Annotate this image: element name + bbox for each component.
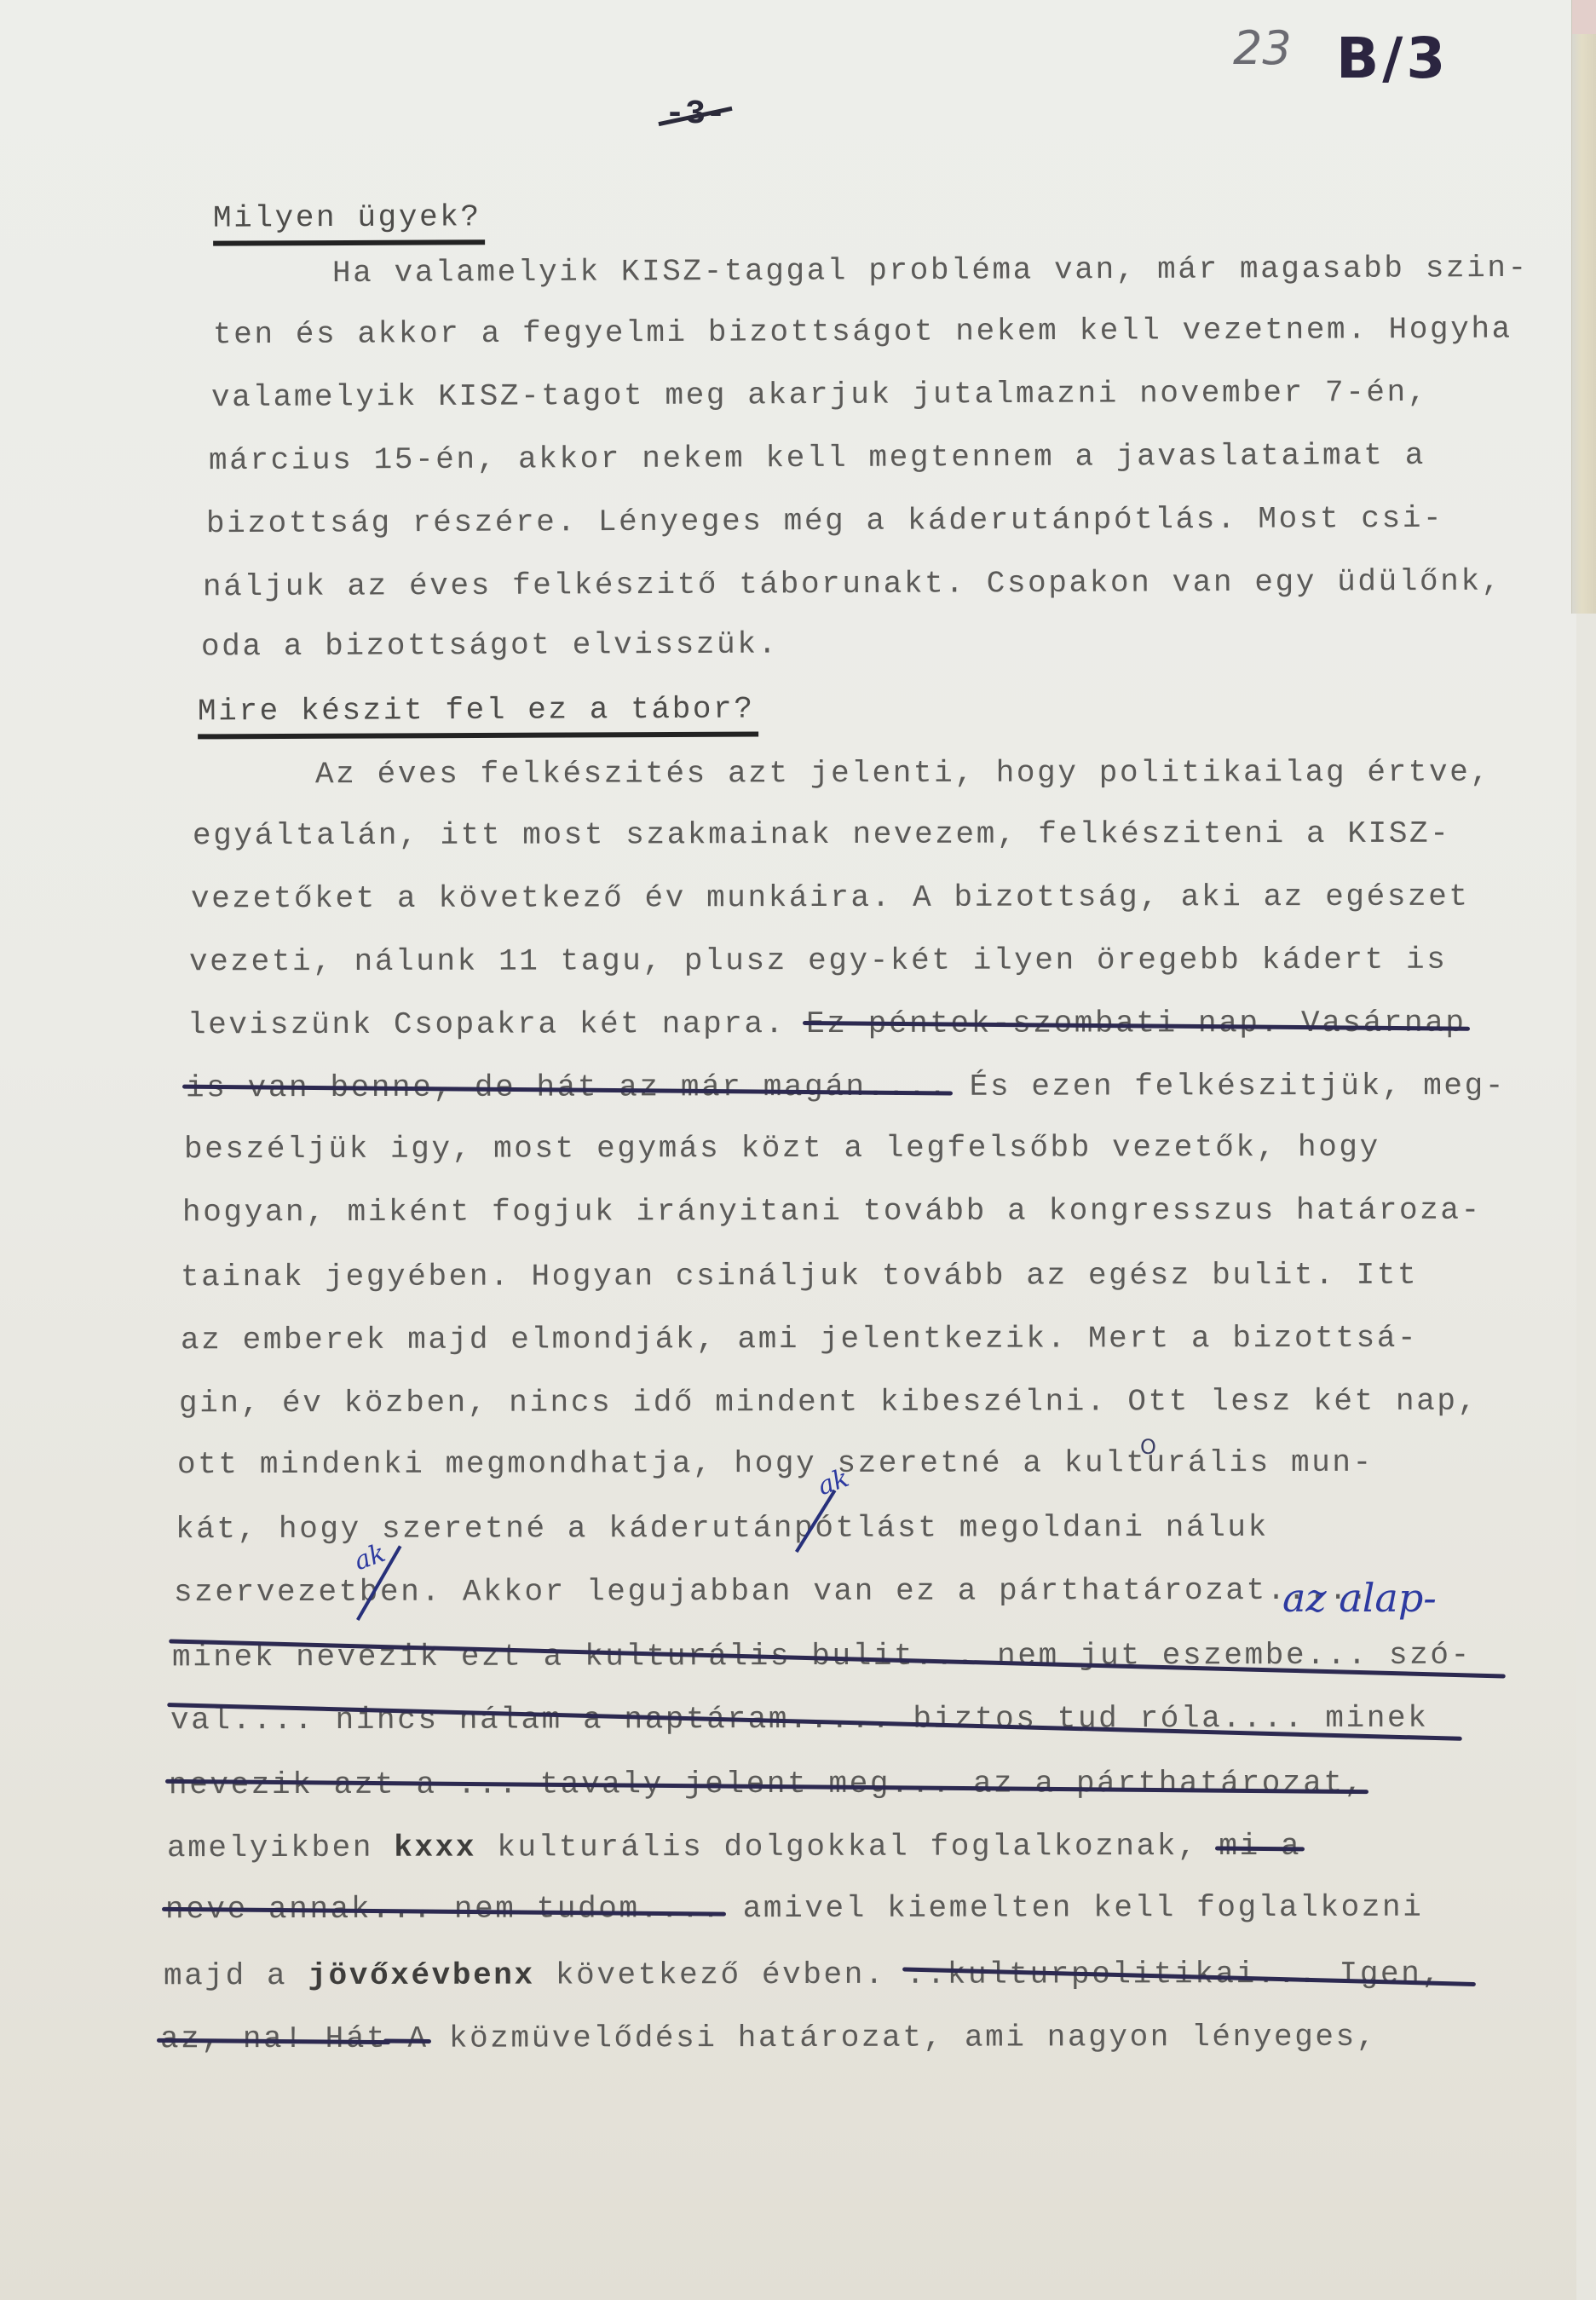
text-line: majd a jövőxévbenx következő évben. ..ku… (164, 1959, 1443, 1992)
heading-text: Mire készit fel ez a tábor? (198, 692, 755, 729)
text-line: egyáltalán, itt most szakmainak nevezem,… (193, 819, 1450, 852)
text-line: vezetőket a következő év munkáira. A biz… (191, 882, 1470, 915)
struck-through-text: A (387, 2021, 428, 2056)
typed-text: majd a (164, 1958, 308, 1993)
heading-text: Milyen ügyek? (213, 199, 481, 235)
text-line: vezeti, nálunk 11 tagu, plusz egy-két il… (189, 945, 1447, 978)
text-line: március 15-én, akkor nekem kell megtenne… (209, 441, 1426, 476)
stacked-pages-edge (1571, 0, 1596, 614)
text-line: is van benne, de hát az már magán.... És… (186, 1071, 1506, 1104)
correction-capital-o: O (1140, 1435, 1156, 1459)
typed-text: beszéljük igy, most egymás közt a legfel… (184, 1130, 1380, 1167)
typed-text: amelyikben (167, 1830, 394, 1865)
typed-text: szervezetben. Akkor legujabban van ez a … (174, 1573, 1370, 1610)
text-line: beszéljük igy, most egymás közt a legfel… (184, 1133, 1380, 1165)
section-heading: Milyen ügyek? (213, 202, 481, 233)
struck-through-text: neve annak... nem tudom.... (165, 1891, 723, 1927)
typed-text: náljuk az éves felkészitő táborunakt. Cs… (203, 564, 1502, 605)
text-line: minek nevezik ezt a kulturális bulit... … (172, 1640, 1472, 1674)
struck-through-text: minek nevezik ezt a kulturális bulit... … (172, 1638, 1472, 1675)
typed-text: valamelyik KISZ-tagot meg akarjuk jutalm… (211, 375, 1428, 415)
archive-number: 23 (1233, 21, 1292, 75)
typed-text: Ha valamelyik KISZ-taggal probléma van, … (332, 251, 1529, 291)
text-line: ten és akkor a fegyelmi bizottságot neke… (213, 314, 1512, 351)
typed-text: következő évben. (535, 1957, 907, 1993)
typed-text: tainak jegyében. Hogyan csináljuk tovább… (181, 1258, 1418, 1295)
typed-text: vezetőket a következő év munkáira. A biz… (191, 879, 1470, 917)
typed-text: hogyan, miként fogjuk irányitani tovább … (182, 1193, 1482, 1231)
struck-through-text: nevezik azt a ... tavaly jelent meg... a… (169, 1766, 1365, 1802)
struck-through-text: val.... nincs nálam a naptáram..... bizt… (170, 1701, 1428, 1738)
typed-text: Az éves felkészités azt jelenti, hogy po… (315, 755, 1491, 792)
text-line: Ha valamelyik KISZ-taggal probléma van, … (332, 253, 1529, 289)
typed-text: ten és akkor a fegyelmi bizottságot neke… (213, 312, 1512, 353)
text-line: nevezik azt a ... tavaly jelent meg... a… (169, 1768, 1365, 1801)
archive-code: B/3 (1336, 26, 1449, 91)
text-line: neve annak... nem tudom.... amivel kieme… (165, 1893, 1423, 1926)
overtyped-text: kxxx (394, 1830, 476, 1865)
text-line: az, na! Hát A közmüvelődési határozat, a… (160, 2022, 1377, 2055)
insertion-az-alap: az alap- (1282, 1575, 1437, 1621)
typed-text: ott mindenki megmondhatja, hogy szeretné… (177, 1445, 1374, 1482)
typed-text: oda a bizottságot elvisszük. (201, 627, 779, 665)
typed-text: kát, hogy szeretné a káderutánpótlást me… (176, 1510, 1269, 1547)
text-line: szervezetben. Akkor legujabban van ez a … (174, 1576, 1370, 1608)
overtyped-text: jövőxévbenx (308, 1958, 534, 1993)
struck-through-text: az, na! Hát (160, 2021, 387, 2056)
text-line: gin, év közben, nincs idő mindent kibesz… (179, 1386, 1478, 1420)
text-line: leviszünk Csopakra két napra. Ez péntek-… (187, 1008, 1466, 1041)
text-line: Az éves felkészités azt jelenti, hogy po… (315, 758, 1491, 790)
typed-text: bizottság részére. Lényeges még a káderu… (206, 501, 1443, 541)
text-line: amelyikben kxxx kulturális dolgokkal fog… (167, 1831, 1301, 1864)
typed-text: leviszünk Csopakra két napra. (187, 1006, 806, 1042)
text-line: kát, hogy szeretné a káderutánpótlást me… (176, 1513, 1269, 1545)
text-line: bizottság részére. Lényeges még a káderu… (206, 504, 1443, 539)
text-line: náljuk az éves felkészitő táborunakt. Cs… (203, 567, 1502, 603)
text-line: oda a bizottságot elvisszük. (201, 630, 779, 663)
typed-text: az emberek majd elmondják, ami jelentkez… (181, 1321, 1418, 1358)
struck-through-text: Ez péntek-szombati nap. Vasárnap (806, 1006, 1466, 1041)
text-line: az emberek majd elmondják, ami jelentkez… (181, 1323, 1418, 1357)
text-line: tainak jegyében. Hogyan csináljuk tovább… (181, 1260, 1418, 1294)
typed-text: március 15-én, akkor nekem kell megtenne… (209, 438, 1426, 478)
text-line: hogyan, miként fogjuk irányitani tovább … (182, 1196, 1482, 1229)
text-line: ott mindenki megmondhatja, hogy szeretné… (177, 1448, 1374, 1480)
typed-text: gin, év közben, nincs idő mindent kibesz… (179, 1384, 1478, 1421)
typed-text: amivel kiemelten kell foglalkozni (722, 1890, 1423, 1926)
typed-text: vezeti, nálunk 11 tagu, plusz egy-két il… (189, 942, 1447, 980)
typed-text: kulturális dolgokkal foglalkoznak, (476, 1829, 1219, 1865)
typed-text: egyáltalán, itt most szakmainak nevezem,… (193, 816, 1450, 854)
text-line: val.... nincs nálam a naptáram..... bizt… (170, 1703, 1428, 1737)
struck-through-text: ..kulturpolitikai... Igen, (906, 1957, 1442, 1992)
typed-text: És ezen felkészitjük, meg- (948, 1069, 1506, 1104)
struck-through-text: is van benne, de hát az már magán.... (186, 1069, 949, 1106)
struck-through-text: mi a (1219, 1829, 1301, 1864)
section-heading: Mire készit fel ez a tábor? (198, 695, 755, 728)
text-line: valamelyik KISZ-tagot meg akarjuk jutalm… (211, 378, 1428, 413)
struck-page-number: -3- (665, 95, 726, 134)
typed-text: közmüvelődési határozat, ami nagyon lény… (429, 2020, 1377, 2056)
